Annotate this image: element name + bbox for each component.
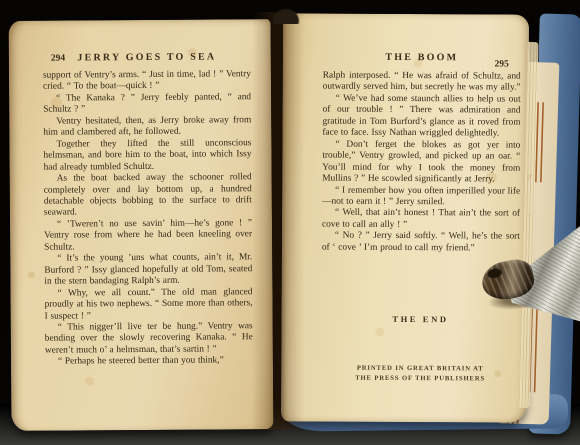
printer-colophon: PRINTED IN GREAT BRITAIN AT THE PRESS OF… [321, 364, 519, 384]
right-page: THE BOOM 295 Ralph interposed. “ He was … [281, 13, 529, 422]
right-page-number: 295 [495, 59, 509, 69]
paragraph: support of Ventry’s arms. “ Just in time… [43, 69, 251, 93]
paragraph: “ It’s the young ’uns what counts, ain’t… [44, 252, 252, 288]
paragraph: “ Don’t ferget the blokes as got yer int… [322, 139, 520, 186]
left-running-title: JERRY GOES TO SEA [43, 51, 251, 63]
paragraph: “ ’Tweren’t no use savin’ him—he’s gone … [44, 218, 252, 254]
paragraph: Ventry hesitated, then, as Jerry broke a… [43, 115, 251, 139]
paragraph: As the boat backed away the schooner rol… [44, 172, 252, 219]
right-page-text: Ralph interposed. “ He was afraid of Sch… [322, 71, 521, 255]
paragraph: Ralph interposed. “ He was afraid of Sch… [323, 71, 521, 95]
paragraph: “ I remember how you often imperilled yo… [322, 185, 520, 209]
paragraph: “ Why, we all count.” The old man glance… [44, 287, 252, 323]
book-photo: 294 JERRY GOES TO SEA support of Ventry’… [0, 0, 580, 445]
paragraph: “ The Kanaka ? ” Jerry feebly panted, “ … [43, 92, 251, 116]
paragraph: “ This nigger’ll live ter be hung.” Vent… [45, 321, 253, 357]
paragraph: “ We’ve had some staunch allies to help … [322, 93, 520, 140]
colophon-line-2: THE PRESS OF THE PUBLISHERS [321, 373, 519, 384]
spine-head-notch [272, 8, 300, 24]
paragraph: “ No ? ” Jerry said softly. “ Well, he’s… [322, 231, 520, 255]
left-page-text: support of Ventry’s arms. “ Just in time… [43, 69, 253, 368]
the-end-label: THE END [321, 314, 519, 325]
bookmark-hand-detail [486, 267, 504, 280]
paragraph: “ Well, that ain’t honest ! That ain’t t… [322, 208, 520, 232]
paragraph: “ Perhaps he steered better than you thi… [45, 356, 253, 369]
left-page: 294 JERRY GOES TO SEA support of Ventry’… [9, 19, 274, 431]
paragraph: Together they lifted the still unconscio… [43, 138, 251, 174]
right-running-title: THE BOOM [323, 52, 521, 64]
